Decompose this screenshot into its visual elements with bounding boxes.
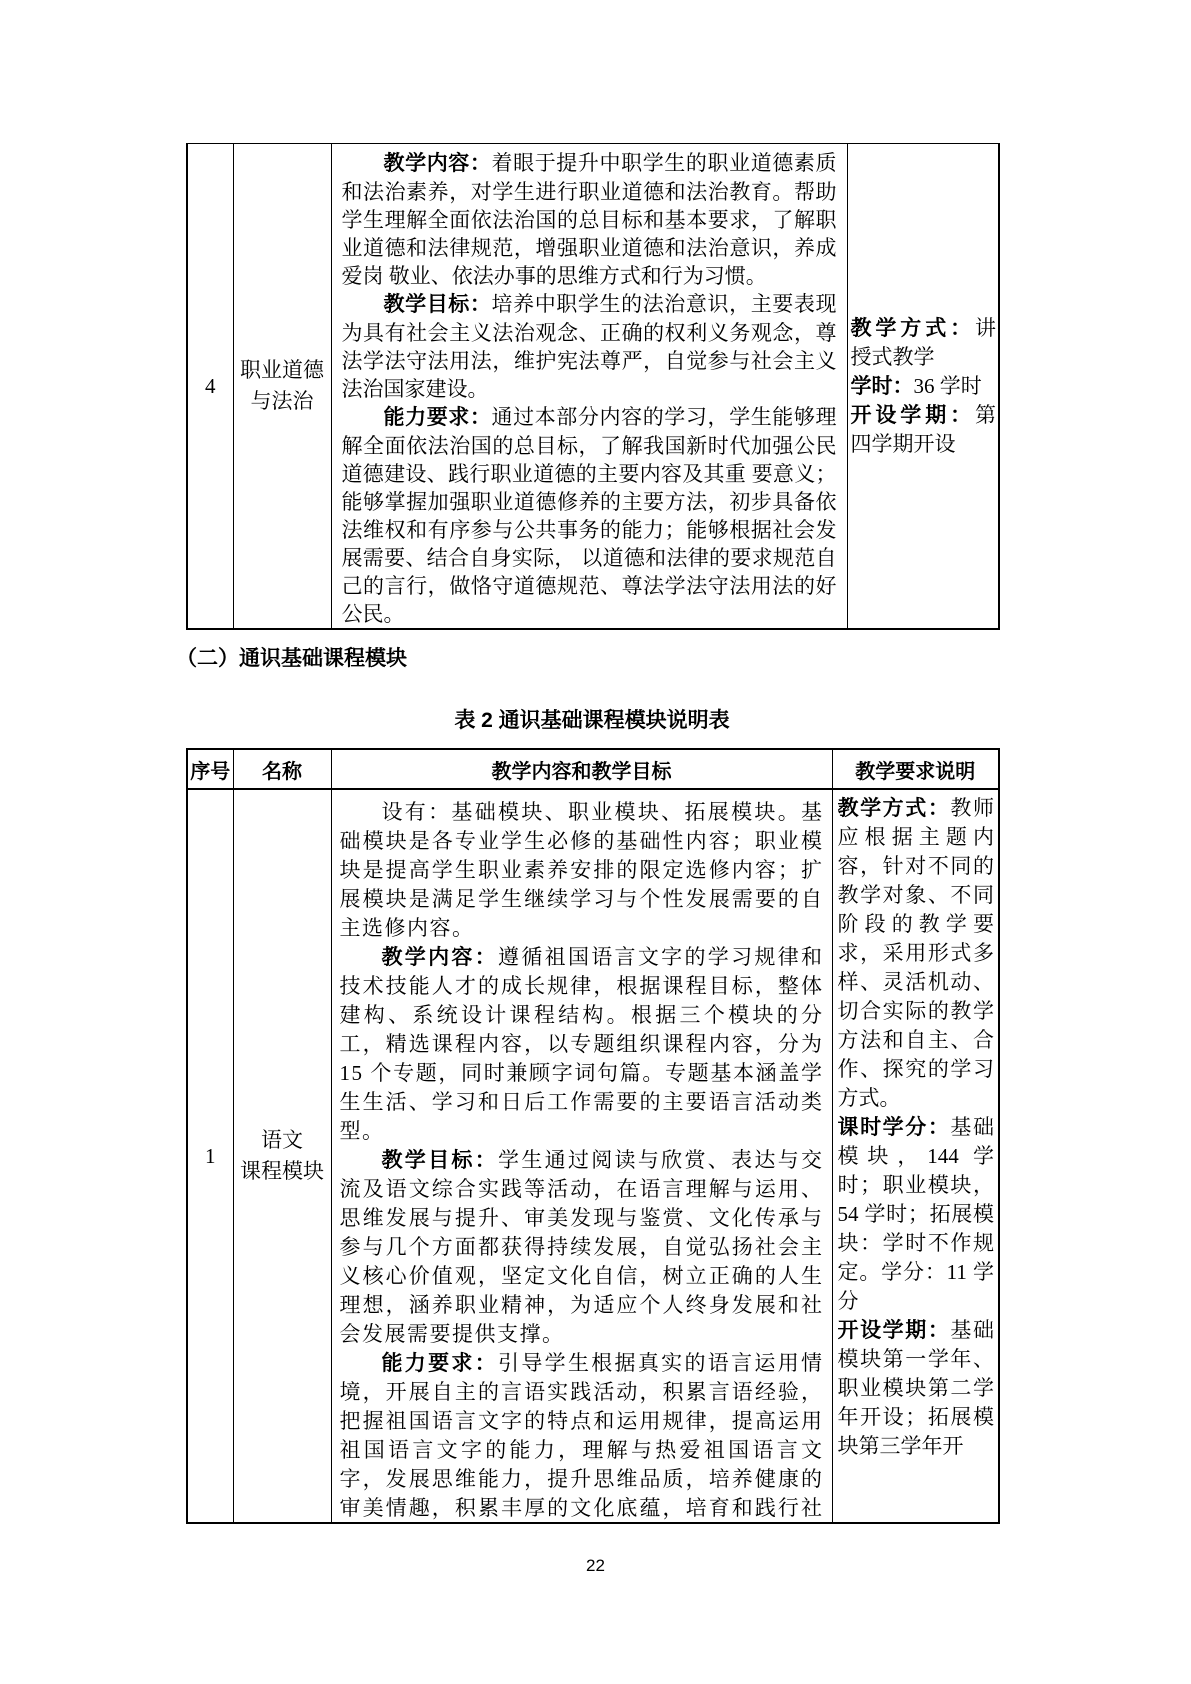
requirement: 课时学分：基础模块，144 学时；职业模块，54 学时；拓展模块：学时不作规定。… (838, 1113, 995, 1316)
requirement: 教学方式：讲授式教学 (851, 314, 997, 372)
seq-value: 1 (205, 1144, 216, 1168)
table-row: 1 语文 课程模块 设有：基础模块、职业模块、拓展模块。基础模块是各专业学生必修… (187, 789, 999, 1523)
paragraph: 设有：基础模块、职业模块、拓展模块。基础模块是各专业学生必修的基础性内容；职业模… (340, 798, 824, 943)
course-table-1: 4 职业道德 与法治 教学内容：着眼于提升中职学生的职业道德素质和法治素养，对学… (186, 143, 1000, 630)
header-content: 教学内容和教学目标 (331, 749, 832, 789)
header-name: 名称 (233, 749, 331, 789)
course-name: 语文 课程模块 (240, 1128, 324, 1183)
course-name: 职业道德 与法治 (240, 358, 324, 413)
seq-cell: 1 (187, 789, 233, 1523)
seq-value: 4 (205, 374, 216, 398)
requirement-label: 课时学分： (838, 1116, 951, 1139)
requirement: 开设学期：第四学期开设 (851, 401, 997, 459)
paragraph-label: 教学目标： (384, 293, 492, 316)
section-heading: （二）通识基础课程模块 (176, 642, 407, 672)
paragraph-label: 教学内容： (382, 946, 499, 969)
teaching-requirements-cell: 教学方式：教师应根据主题内容，针对不同的教学对象、不同阶段的教学要求，采用形式多… (832, 789, 999, 1523)
header-requirements: 教学要求说明 (832, 749, 999, 789)
table2-caption: 表 2 通识基础课程模块说明表 (186, 704, 998, 734)
table-header-row: 序号 名称 教学内容和教学目标 教学要求说明 (187, 749, 999, 789)
document-page: 4 职业道德 与法治 教学内容：着眼于提升中职学生的职业道德素质和法治素养，对学… (0, 0, 1191, 1684)
paragraph: 能力要求：引导学生根据真实的语言运用情境，开展自主的言语实践活动，积累言语经验，… (340, 1349, 824, 1522)
paragraph: 教学内容：遵循祖国语言文字的学习规律和技术技能人才的成长规律，根据课程目标，整体… (340, 943, 824, 1146)
paragraph-label: 教学目标： (382, 1149, 499, 1172)
paragraph-text: 学生通过阅读与欣赏、表达与交流及语文综合实践等活动，在语言理解与运用、思维发展与… (340, 1148, 824, 1346)
requirement-label: 教学方式： (851, 317, 976, 340)
teaching-content-cell: 设有：基础模块、职业模块、拓展模块。基础模块是各专业学生必修的基础性内容；职业模… (331, 789, 832, 1523)
requirement-label: 开设学期： (851, 404, 976, 427)
requirement-text: 基础模块，144 学时；职业模块，54 学时；拓展模块：学时不作规定。学分：11… (838, 1115, 995, 1313)
paragraph-text: 引导学生根据真实的语言运用情境，开展自主的言语实践活动，积累言语经验，把握祖国语… (340, 1351, 824, 1522)
requirement: 学时：36 学时 (851, 372, 997, 401)
paragraph-label: 教学内容： (384, 152, 492, 175)
teaching-requirements-cell: 教学方式：讲授式教学 学时：36 学时 开设学期：第四学期开设 (847, 144, 999, 630)
paragraph-label: 能力要求： (382, 1352, 499, 1375)
requirement-label: 教学方式： (838, 797, 951, 820)
paragraph-label: 能力要求： (384, 406, 492, 429)
requirement-text: 教师应根据主题内容，针对不同的教学对象、不同阶段的教学要求，采用形式多样、灵活机… (838, 796, 995, 1110)
seq-cell: 4 (187, 144, 233, 630)
paragraph: 能力要求：通过本部分内容的学习，学生能够理解全面依法治国的总目标，了解我国新时代… (342, 403, 837, 628)
requirements-clip: 教学方式：教师应根据主题内容，针对不同的教学对象、不同阶段的教学要求，采用形式多… (838, 794, 995, 1518)
course-name-cell: 职业道德 与法治 (233, 144, 331, 630)
requirement: 教学方式：教师应根据主题内容，针对不同的教学对象、不同阶段的教学要求，采用形式多… (838, 794, 995, 1113)
content-clip: 设有：基础模块、职业模块、拓展模块。基础模块是各专业学生必修的基础性内容；职业模… (340, 798, 824, 1522)
paragraph-text: 设有：基础模块、职业模块、拓展模块。基础模块是各专业学生必修的基础性内容；职业模… (340, 800, 824, 940)
paragraph-text: 遵循祖国语言文字的学习规律和技术技能人才的成长规律，根据课程目标，整体建构、系统… (340, 945, 824, 1143)
teaching-content-cell: 教学内容：着眼于提升中职学生的职业道德素质和法治素养，对学生进行职业道德和法治教… (331, 144, 847, 630)
table-row: 4 职业道德 与法治 教学内容：着眼于提升中职学生的职业道德素质和法治素养，对学… (187, 144, 999, 630)
requirement-label: 开设学期： (838, 1319, 951, 1342)
paragraph: 教学目标：学生通过阅读与欣赏、表达与交流及语文综合实践等活动，在语言理解与运用、… (340, 1146, 824, 1349)
course-table-2: 序号 名称 教学内容和教学目标 教学要求说明 1 语文 课程模块 设有：基础模块… (186, 748, 1000, 1524)
page-number: 22 (0, 1556, 1191, 1576)
paragraph: 教学目标：培养中职学生的法治意识，主要表现为具有社会主义法治观念、正确的权利义务… (342, 290, 837, 403)
requirement-label: 学时： (851, 375, 914, 398)
requirement-text: 36 学时 (914, 374, 982, 398)
header-seq: 序号 (187, 749, 233, 789)
paragraph-text: 通过本部分内容的学习，学生能够理解全面依法治国的总目标，了解我国新时代加强公民道… (342, 405, 837, 626)
requirement: 开设学期：基础模块第一学年、职业模块第二学年开设；拓展模块第三学年开 (838, 1316, 995, 1461)
course-name-cell: 语文 课程模块 (233, 789, 331, 1523)
paragraph: 教学内容：着眼于提升中职学生的职业道德素质和法治素养，对学生进行职业道德和法治教… (342, 149, 837, 290)
